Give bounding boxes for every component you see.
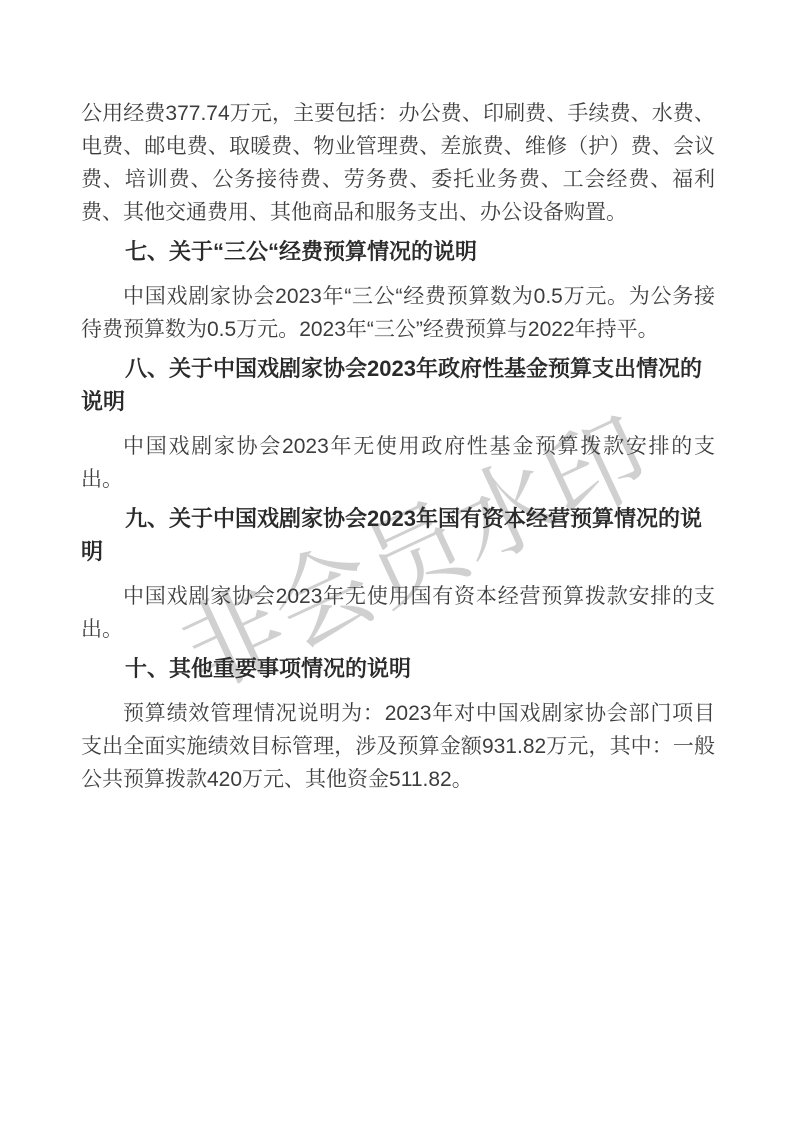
section-10-paragraph: 预算绩效管理情况说明为：2023年对中国戏剧家协会部门项目支出全面实施绩效目标管… bbox=[81, 697, 715, 796]
section-8-paragraph: 中国戏剧家协会2023年无使用政府性基金预算拨款安排的支出。 bbox=[81, 430, 715, 496]
section-8-heading: 八、关于中国戏剧家协会2023年政府性基金预算支出情况的说明 bbox=[81, 352, 715, 418]
section-7-heading: 七、关于“三公“经费预算情况的说明 bbox=[81, 235, 715, 268]
section-9-paragraph: 中国戏剧家协会2023年无使用国有资本经营预算拨款安排的支出。 bbox=[81, 580, 715, 646]
section-9-heading: 九、关于中国戏剧家协会2023年国有资本经营预算情况的说明 bbox=[81, 502, 715, 568]
document-content: 公用经费377.74万元，主要包括：办公费、印刷费、手续费、水费、电费、邮电费、… bbox=[81, 97, 715, 796]
paragraph-public-expenses: 公用经费377.74万元，主要包括：办公费、印刷费、手续费、水费、电费、邮电费、… bbox=[81, 97, 715, 229]
section-7-paragraph: 中国戏剧家协会2023年“三公“经费预算数为0.5万元。为公务接待费预算数为0.… bbox=[81, 280, 715, 346]
document-page: 非会员水印 公用经费377.74万元，主要包括：办公费、印刷费、手续费、水费、电… bbox=[0, 0, 794, 1122]
section-10-heading: 十、其他重要事项情况的说明 bbox=[81, 652, 715, 685]
